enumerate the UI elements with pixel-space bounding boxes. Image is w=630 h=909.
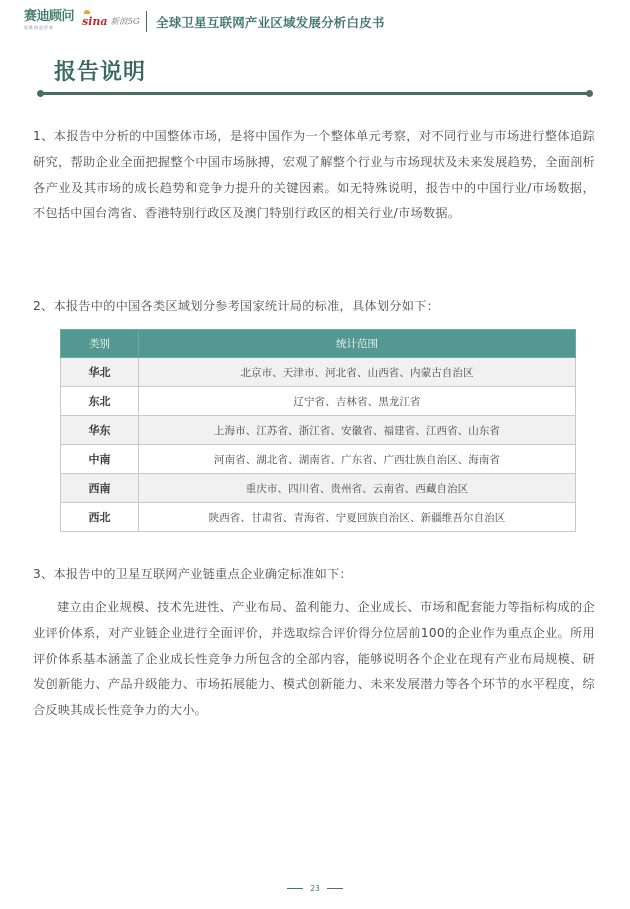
rule-dot-left-icon (37, 90, 44, 97)
sina-5g-text: 新浪5G (111, 15, 140, 27)
region-category: 东北 (61, 387, 139, 416)
table-row: 华东 上海市、江苏省、浙江省、安徽省、福建省、江西省、山东省 (61, 416, 576, 445)
sina-5g-logo: sina 新浪5G (82, 14, 140, 28)
sina-logo-text: sina (82, 15, 108, 28)
region-scope: 陕西省、甘肃省、青海省、宁夏回族自治区、新疆维吾尔自治区 (139, 503, 576, 532)
region-scope: 辽宁省、吉林省、黑龙江省 (139, 387, 576, 416)
region-category: 西南 (61, 474, 139, 503)
column-header-scope: 统计范围 (139, 330, 576, 358)
footer-dash-right (327, 888, 343, 889)
table-row: 华北 北京市、天津市、河北省、山西省、内蒙古自治区 (61, 358, 576, 387)
table-row: 东北 辽宁省、吉林省、黑龙江省 (61, 387, 576, 416)
page-header: 赛迪顾问 思维创造世界 sina 新浪5G 全球卫星互联网产业区域发展分析白皮书 (0, 0, 630, 40)
region-category: 中南 (61, 445, 139, 474)
header-divider (146, 11, 147, 32)
sina-logo-icon: sina (82, 15, 108, 28)
region-category: 华北 (61, 358, 139, 387)
region-category: 西北 (61, 503, 139, 532)
paragraph-region-division: 2、本报告中的中国各类区域划分参考国家统计局的标准，具体划分如下： (33, 294, 595, 320)
region-division-table: 类别 统计范围 华北 北京市、天津市、河北省、山西省、内蒙古自治区 东北 辽宁省… (60, 329, 576, 532)
table-row: 中南 河南省、湖北省、湖南省、广东省、广西壮族自治区、海南省 (61, 445, 576, 474)
paragraph-key-enterprise-criteria: 3、本报告中的卫星互联网产业链重点企业确定标准如下： (33, 562, 595, 588)
rule-dot-right-icon (586, 90, 593, 97)
table-row: 西南 重庆市、四川省、贵州省、云南省、西藏自治区 (61, 474, 576, 503)
region-category: 华东 (61, 416, 139, 445)
page-number: 23 (310, 884, 320, 893)
table-row: 西北 陕西省、甘肃省、青海省、宁夏回族自治区、新疆维吾尔自治区 (61, 503, 576, 532)
region-scope: 河南省、湖北省、湖南省、广东省、广西壮族自治区、海南省 (139, 445, 576, 474)
section-title: 报告说明 (54, 60, 146, 86)
region-scope: 重庆市、四川省、贵州省、云南省、西藏自治区 (139, 474, 576, 503)
title-underline-rule (40, 92, 590, 95)
column-header-category: 类别 (61, 330, 139, 358)
page-footer: 23 (0, 884, 630, 893)
paragraph-market-scope: 1、本报告中分析的中国整体市场，是将中国作为一个整体单元考察，对不同行业与市场进… (33, 124, 595, 227)
table-header-row: 类别 统计范围 (61, 330, 576, 358)
sina-eye-icon (84, 10, 90, 14)
region-scope: 上海市、江苏省、浙江省、安徽省、福建省、江西省、山东省 (139, 416, 576, 445)
ccid-logo: 赛迪顾问 思维创造世界 (24, 10, 74, 31)
ccid-logo-slogan: 思维创造世界 (24, 25, 74, 31)
footer-dash-left (287, 888, 303, 889)
ccid-logo-text: 赛迪顾问 (24, 10, 74, 24)
document-title: 全球卫星互联网产业区域发展分析白皮书 (156, 13, 385, 31)
paragraph-evaluation-system: 建立由企业规模、技术先进性、产业布局、盈利能力、企业成长、市场和配套能力等指标构… (33, 595, 595, 724)
region-scope: 北京市、天津市、河北省、山西省、内蒙古自治区 (139, 358, 576, 387)
